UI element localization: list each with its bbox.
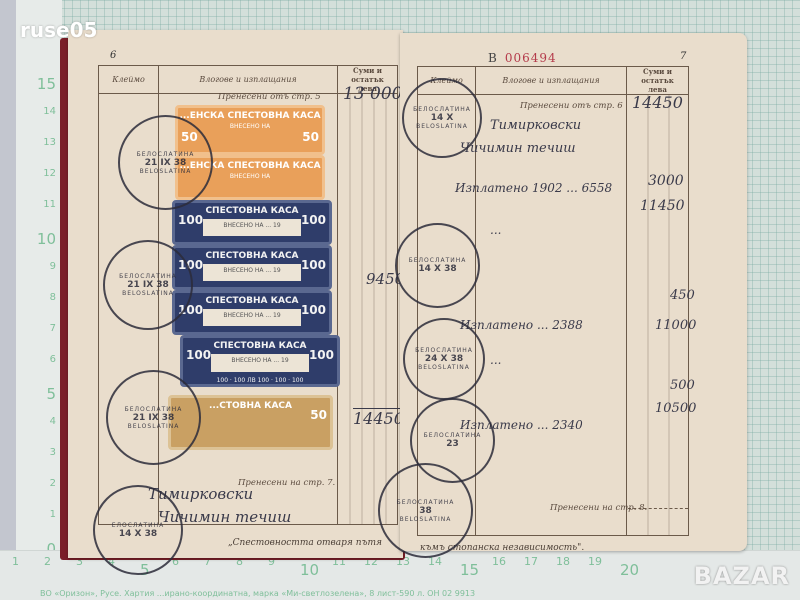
postmark-place: BELOSLATINA xyxy=(122,290,174,297)
ruler-tick: 4 xyxy=(50,416,56,427)
ruler-tick: 11 xyxy=(43,199,56,210)
stamp-strip: 100 · 100 ЛВ 100 · 100 · 100 xyxy=(183,377,337,384)
postmark: ЕЛОСЛАТИНА 14 X 38 xyxy=(93,485,183,575)
right-page: В006494 7 Клеймо Влогове и изплащания Су… xyxy=(400,33,747,551)
ruler-tick: 1 xyxy=(50,509,56,520)
ruler-fine-print: ВО «Оризон», Русе. Хартия ...ирано-коорд… xyxy=(40,589,475,598)
handwritten-note: Чичимин течиш xyxy=(460,141,576,156)
ruler-tick: 20 xyxy=(620,561,639,579)
amount-withdrawal: 450 xyxy=(670,288,695,303)
postmark-top-text: ЕЛОСЛАТИНА xyxy=(112,522,165,529)
postmark-top-text: БЕЛОСЛАТИНА xyxy=(125,406,183,413)
amount-opening: 14450 xyxy=(632,93,683,112)
ruler-tick: 10 xyxy=(300,561,319,579)
postmark-place: BELOSLATINA xyxy=(416,123,468,130)
postmark-top-text: БЕЛОСЛАТИНА xyxy=(424,432,482,439)
stamp-denomination: 100 xyxy=(301,258,326,272)
postmark-top-text: БЕЛОСЛАТИНА xyxy=(137,151,195,158)
ruler-tick: 18 xyxy=(556,555,570,568)
postmark: БЕЛОСЛАТИНА 21 IX 38 BELOSLATINA xyxy=(106,370,201,465)
postmark: БЕЛОСЛАТИНА 24 X 38 BELOSLATINA xyxy=(403,318,485,400)
ruler-tick: 2 xyxy=(44,555,51,568)
postmark-date: 38 xyxy=(419,506,432,516)
postmark-date: 21 IX 38 xyxy=(127,280,169,290)
ruler-tick: 14 xyxy=(43,106,56,117)
postmark-date: 23 xyxy=(446,439,459,449)
postmark-place: BELOSLATINA xyxy=(418,364,470,371)
stamp-denomination: 50 xyxy=(302,130,319,144)
amount-balance: 11000 xyxy=(655,318,696,333)
postmark-place: BELOSLATINA xyxy=(128,423,180,430)
ruler-tick: 3 xyxy=(50,447,56,458)
ruler-tick: 10 xyxy=(37,230,56,248)
postmark-date: 14 X 38 xyxy=(418,264,456,274)
postmark: БЕЛОСЛАТИНА 14 X BELOSLATINA xyxy=(402,78,482,158)
carried-from: Пренесени отъ стр. 6 xyxy=(520,101,623,111)
serial-digits: 006494 xyxy=(505,51,557,65)
postmark-date: 14 X xyxy=(431,113,454,123)
postmark-top-text: БЕЛОСЛАТИНА xyxy=(397,499,455,506)
handwritten-note: Изплатено 1902 ... 6558 xyxy=(455,181,612,195)
postmark: БЕЛОСЛАТИНА 21 IX 38 BELOSLATINA xyxy=(103,240,193,330)
stamp-denomination: 100 xyxy=(309,348,334,362)
ruler-tick: 15 xyxy=(37,75,56,93)
page-number: 6 xyxy=(110,50,116,61)
ruler-tick: 15 xyxy=(460,561,479,579)
postmark-date: 21 IX 38 xyxy=(133,413,175,423)
ruler-tick: 8 xyxy=(50,292,56,303)
postmark-place: BELOSLATINA xyxy=(400,516,452,523)
amount-withdrawal: 3000 xyxy=(648,173,684,189)
ruler-tick: 13 xyxy=(43,137,56,148)
series-letter: В xyxy=(488,51,497,65)
stamp-denomination: 100 xyxy=(178,213,203,227)
col-header-stamp: Клеймо xyxy=(99,66,159,94)
slogan: „Спестовността отваря пътя xyxy=(228,538,382,548)
postmark-date: 24 X 38 xyxy=(425,354,463,364)
ruler-tick: 9 xyxy=(50,261,56,272)
postmark-top-text: БЕЛОСЛАТИНА xyxy=(119,273,177,280)
handwritten-note: ... xyxy=(490,353,501,367)
left-page: 6 Клеймо Влогове и изплащания Суми и ост… xyxy=(68,30,403,558)
revenue-stamp-blue-100: СПЕСТОВНА КАСА 100 100 ВНЕСЕНО НА ... 19 xyxy=(172,200,332,245)
postmark: БЕЛОСЛАТИНА 21 IX 38 BELOSLATINA xyxy=(118,115,213,210)
handwritten-note: Изплатено ... 2388 xyxy=(460,318,583,332)
stamp-text: ВНЕСЕНО НА ... 19 xyxy=(211,354,309,372)
col-header-sums: Суми и остатък лева xyxy=(627,67,689,95)
stamp-denomination: 100 xyxy=(301,213,326,227)
serial-number: В006494 xyxy=(488,51,557,65)
col-header-entries: Влогове и изплащания xyxy=(159,66,338,94)
postmark-place: BELOSLATINA xyxy=(140,168,192,175)
watermark-seller: ruse05 xyxy=(20,18,97,42)
revenue-stamp-blue-100: СПЕСТОВНА КАСА 100 100 ВНЕСЕНО НА ... 19… xyxy=(180,335,340,387)
amount-opening: 13 000 xyxy=(343,84,402,104)
stamp-text: ВНЕСЕНО НА ... 19 xyxy=(203,264,301,281)
stamp-title: ...ЕНСКА СПЕСТОВНА КАСА xyxy=(178,111,322,121)
stamp-denomination: 100 xyxy=(186,348,211,362)
amount-withdrawal: 500 xyxy=(670,378,695,393)
ruler-tick: 17 xyxy=(524,555,538,568)
handwritten-note: ... xyxy=(490,223,501,237)
ruler-tick: 12 xyxy=(43,168,56,179)
amount-total: 14450 xyxy=(353,408,404,428)
postmark: БЕЛОСЛАТИНА 38 BELOSLATINA xyxy=(378,463,473,558)
postmark-top-text: БЕЛОСЛАТИНА xyxy=(409,257,467,264)
revenue-stamp-blue-100: СПЕСТОВНА КАСА 100 100 ВНЕСЕНО НА ... 19 xyxy=(172,245,332,290)
revenue-stamp-blue-100: СПЕСТОВНА КАСА 100 100 ВНЕСЕНО НА ... 19 xyxy=(172,290,332,335)
handwritten-note: Тимирковски xyxy=(490,118,581,133)
ruler-tick: 5 xyxy=(46,385,56,403)
postmark-date: 21 IX 38 xyxy=(145,158,187,168)
ruler-left: 1514131211109876543210 xyxy=(0,0,62,600)
postmark-date: 14 X 38 xyxy=(119,529,157,539)
watermark-bazar-logo: BAZAR xyxy=(694,562,790,590)
ruler-tick: 16 xyxy=(492,555,506,568)
postmark: БЕЛОСЛАТИНА 14 X 38 xyxy=(395,223,480,308)
amount-balance: 11450 xyxy=(640,198,685,214)
postmark-top-text: БЕЛОСЛАТИНА xyxy=(415,347,473,354)
ruler-tick: 6 xyxy=(50,354,56,365)
stamp-denomination: 100 xyxy=(301,303,326,317)
ruler-tick: 2 xyxy=(50,478,56,489)
ruler-tick: 7 xyxy=(50,323,56,334)
stamp-text: ВНЕСЕНО НА ... 19 xyxy=(203,219,301,236)
col-header-entries: Влогове и изплащания xyxy=(476,67,627,95)
ruler-tick: 19 xyxy=(588,555,602,568)
page-number: 7 xyxy=(680,51,686,62)
amount-balance: 10500 xyxy=(655,401,696,416)
carried-from: Пренесени отъ стр. 5 xyxy=(218,92,321,102)
carried-to: Пренесени на стр. 8. xyxy=(550,503,647,513)
stamp-text: ВНЕСЕНО НА ... 19 xyxy=(203,309,301,326)
postmark-top-text: БЕЛОСЛАТИНА xyxy=(413,106,471,113)
stamp-denomination: 50 xyxy=(310,408,327,422)
ruler-tick: 1 xyxy=(12,555,19,568)
